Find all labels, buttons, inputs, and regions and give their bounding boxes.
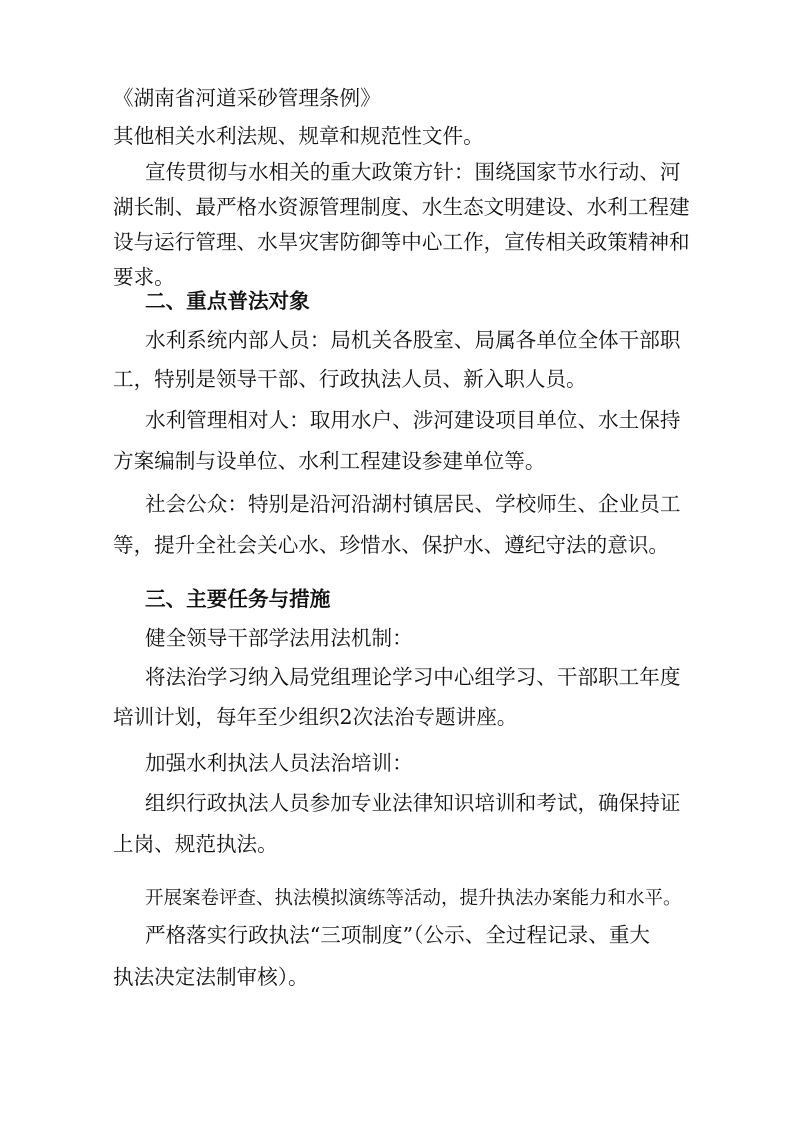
task-case-review-text: 开展案卷评查、执法模拟演练等活动，提升执法办案能力和水平。 xyxy=(145,888,705,910)
paragraph-policy-line2: 湖长制、最严格水资源管理制度、水生态文明建设、水利工程建 xyxy=(113,196,673,218)
section-heading-3: 三、主要任务与措施 xyxy=(145,588,705,610)
task-leaders-study-line2: 培训计划，每年至少组织2次法治专题讲座。 xyxy=(113,706,673,728)
task-three-systems-line1: 严格落实行政执法“三项制度”（公示、全过程记录、重大 xyxy=(145,924,705,946)
task-three-systems-line2: 执法决定法制审核）。 xyxy=(113,966,673,988)
paragraph-policy-line1: 宣传贯彻与水相关的重大政策方针：围绕国家节水行动、河 xyxy=(145,161,673,183)
task-leaders-study-title: 健全领导干部学法用法机制： xyxy=(145,627,705,649)
paragraph-internal-staff-line2: 工，特别是领导干部、行政执法人员、新入职人员。 xyxy=(113,368,673,390)
task-enforcement-training-line1: 组织行政执法人员参加专业法律知识培训和考试，确保持证 xyxy=(145,792,705,814)
paragraph-counterparts-line2: 方案编制与设单位、水利工程建设参建单位等。 xyxy=(113,450,673,472)
task-enforcement-training-title: 加强水利执法人员法治培训： xyxy=(145,752,705,774)
task-enforcement-training-line2: 上岗、规范执法。 xyxy=(113,833,673,855)
section-heading-2: 二、重点普法对象 xyxy=(145,290,705,312)
law-item-hunan-sand-mining: 《湖南省河道采砂管理条例》 xyxy=(113,87,673,109)
paragraph-policy-line4: 要求。 xyxy=(113,266,673,288)
paragraph-counterparts-line1: 水利管理相对人：取用水户、涉河建设项目单位、水土保持 xyxy=(145,409,705,431)
other-regulations-text: 其他相关水利法规、规章和规范性文件。 xyxy=(113,125,673,147)
paragraph-policy-line3: 设与运行管理、水旱灾害防御等中心工作，宣传相关政策精神和 xyxy=(113,231,673,253)
paragraph-public-line1: 社会公众：特别是沿河沿湖村镇居民、学校师生、企业员工 xyxy=(145,493,705,515)
paragraph-internal-staff-line1: 水利系统内部人员：局机关各股室、局属各单位全体干部职 xyxy=(145,329,705,351)
paragraph-public-line2: 等，提升全社会关心水、珍惜水、保护水、遵纪守法的意识。 xyxy=(113,534,673,556)
task-leaders-study-line1: 将法治学习纳入局党组理论学习中心组学习、干部职工年度 xyxy=(145,666,705,688)
